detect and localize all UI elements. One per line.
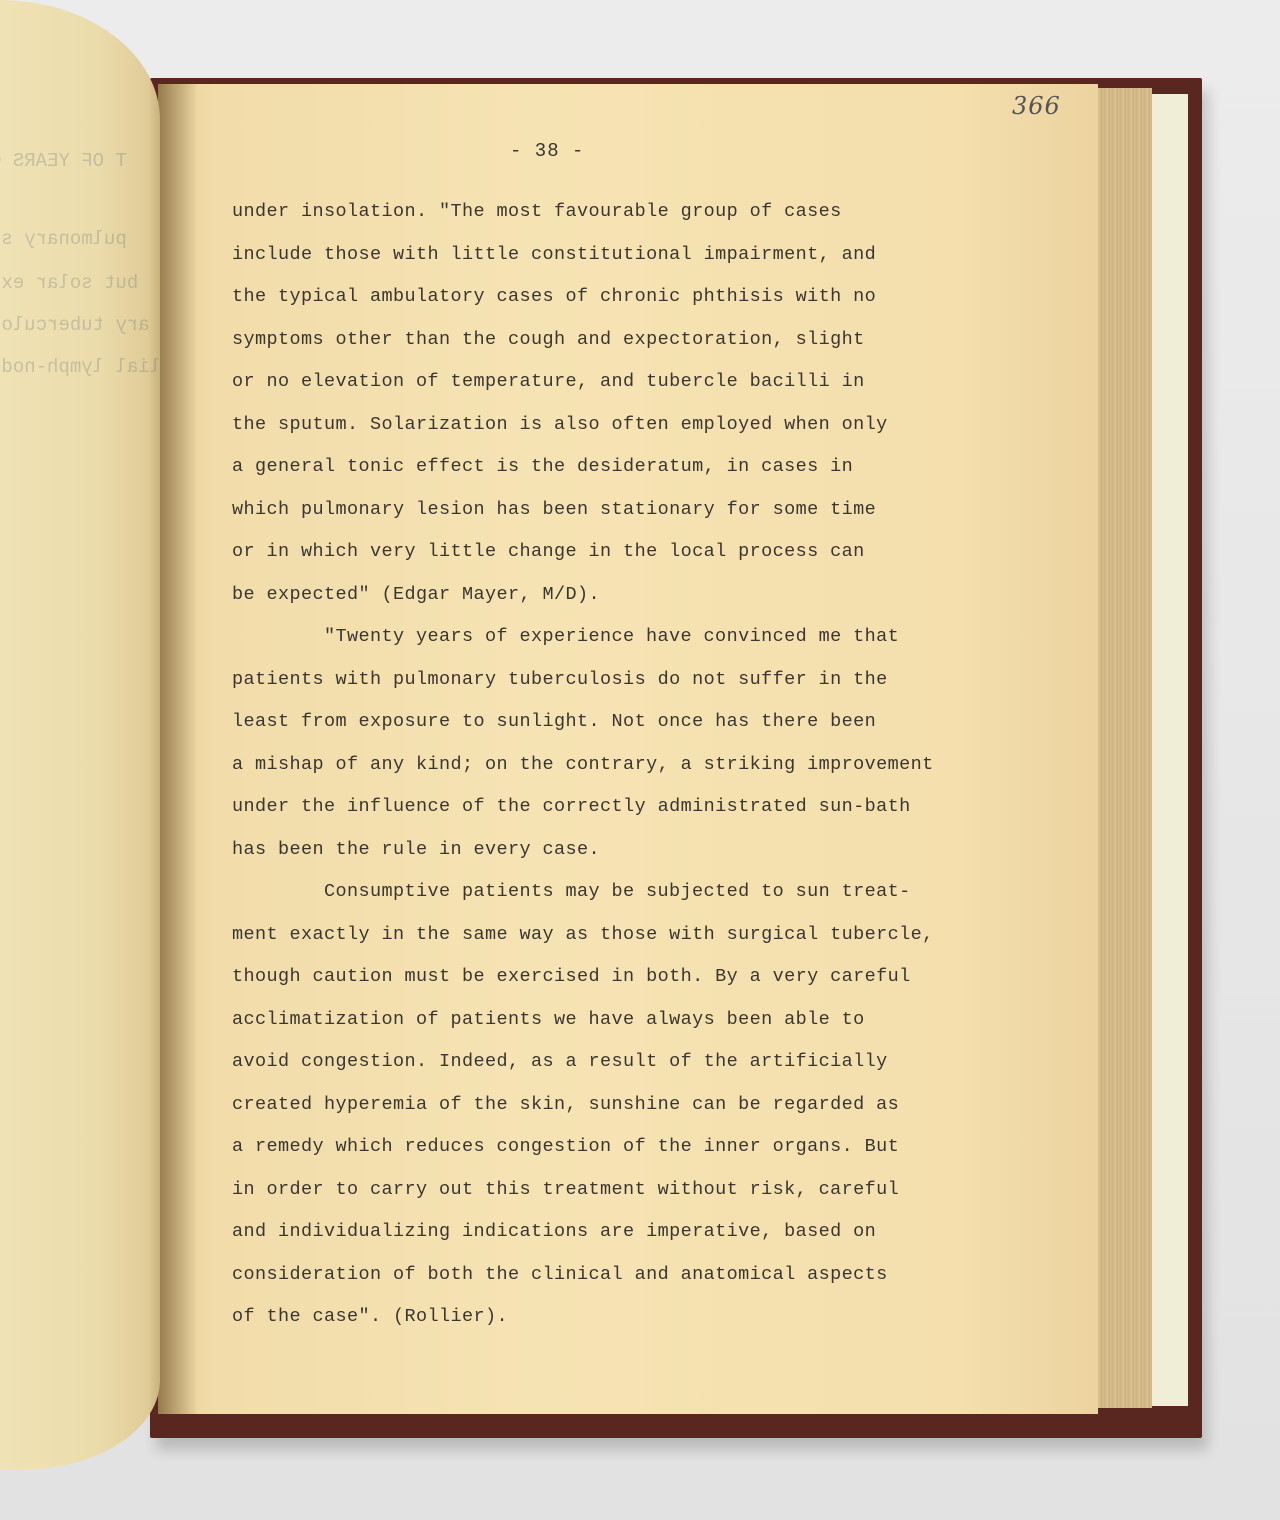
text-line: of the case". (Rollier). — [232, 1301, 1012, 1344]
text-line: symptoms other than the cough and expect… — [232, 324, 1012, 367]
text-line: the sputum. Solarization is also often e… — [232, 409, 1012, 452]
gutter-shadow — [158, 84, 198, 1414]
text-line: avoid congestion. Indeed, as a result of… — [232, 1046, 1012, 1089]
typed-page-number: - 38 - — [510, 140, 584, 162]
text-line: under insolation. "The most favourable g… — [232, 196, 1012, 239]
left-page-curled: T OF YEARS O pulmonary su but solar exp … — [0, 0, 160, 1470]
text-line: "Twenty years of experience have convinc… — [232, 621, 1012, 664]
ghost-text-line: ary tuberculos — [0, 314, 150, 336]
page-stack-edges — [1094, 88, 1152, 1408]
text-line: Consumptive patients may be subjected to… — [232, 876, 1012, 919]
text-line: consideration of both the clinical and a… — [232, 1259, 1012, 1302]
paragraph-3: Consumptive patients may be subjected to… — [232, 876, 1012, 1344]
text-line: in order to carry out this treatment wit… — [232, 1174, 1012, 1217]
text-line: ment exactly in the same way as those wi… — [232, 919, 1012, 962]
text-line: or no elevation of temperature, and tube… — [232, 366, 1012, 409]
paragraph-2: "Twenty years of experience have convinc… — [232, 621, 1012, 876]
ghost-text-line: pulmonary su — [0, 228, 127, 250]
text-line: the typical ambulatory cases of chronic … — [232, 281, 1012, 324]
handwritten-page-number: 366 — [1012, 92, 1061, 120]
ghost-text-line: lial lymph-node — [0, 356, 160, 378]
ghost-text-line: T OF YEARS O — [0, 150, 127, 172]
text-line: has been the rule in every case. — [232, 834, 1012, 877]
text-line: under the influence of the correctly adm… — [232, 791, 1012, 834]
text-line: least from exposure to sunlight. Not onc… — [232, 706, 1012, 749]
text-line: or in which very little change in the lo… — [232, 536, 1012, 579]
endpaper — [1150, 94, 1188, 1406]
text-line: which pulmonary lesion has been stationa… — [232, 494, 1012, 537]
ghost-text-line: but solar exp — [0, 272, 138, 294]
text-line: a remedy which reduces congestion of the… — [232, 1131, 1012, 1174]
text-line: a mishap of any kind; on the contrary, a… — [232, 749, 1012, 792]
text-line: patients with pulmonary tuberculosis do … — [232, 664, 1012, 707]
text-line: though caution must be exercised in both… — [232, 961, 1012, 1004]
text-line: be expected" (Edgar Mayer, M/D). — [232, 579, 1012, 622]
text-line: include those with little constitutional… — [232, 239, 1012, 282]
text-line: acclimatization of patients we have alwa… — [232, 1004, 1012, 1047]
paragraph-1: under insolation. "The most favourable g… — [232, 196, 1012, 621]
body-text: under insolation. "The most favourable g… — [232, 196, 1012, 1344]
text-line: a general tonic effect is the desideratu… — [232, 451, 1012, 494]
text-line: created hyperemia of the skin, sunshine … — [232, 1089, 1012, 1132]
text-line: and individualizing indications are impe… — [232, 1216, 1012, 1259]
